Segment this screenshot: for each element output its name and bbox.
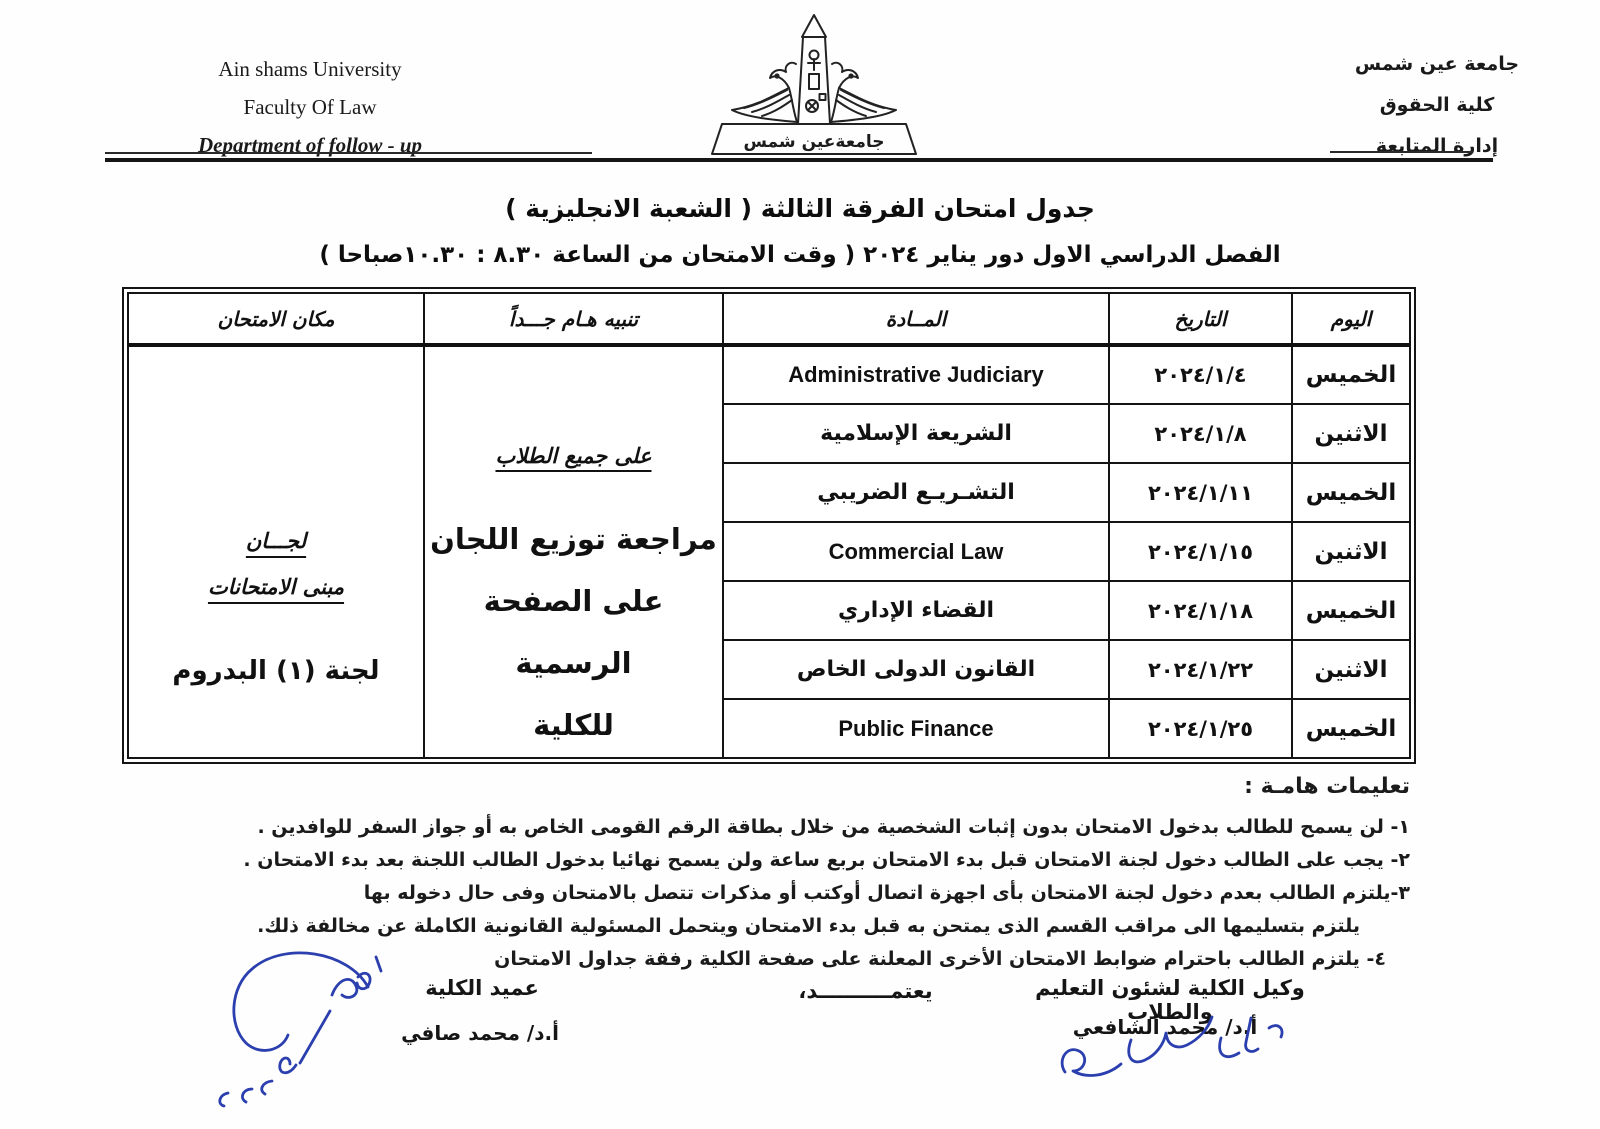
day-cell: الخميس — [1292, 345, 1410, 404]
instruction-item-2: ٢- يجب على الطالب دخول لجنة الامتحان قبل… — [150, 844, 1410, 877]
day-cell: الاثنين — [1292, 640, 1410, 699]
location-line3: لجنة (١) البدروم — [133, 656, 419, 686]
university-name-en: Ain shams University — [170, 50, 450, 88]
date-cell: ٢٠٢٤/١/٨ — [1109, 404, 1292, 463]
instruction-item-1: ١- لن يسمح للطالب بدخول الامتحان بدون إث… — [150, 811, 1410, 844]
subject-cell: Public Finance — [723, 699, 1109, 758]
col-header-notice: تنبيه هـام جـــداً — [424, 293, 723, 345]
header-english-block: Ain shams University Faculty Of Law Depa… — [170, 50, 450, 164]
date-cell: ٢٠٢٤/١/١٥ — [1109, 522, 1292, 581]
logo-caption: جامعةعين شمس — [744, 132, 885, 152]
subject-cell: Commercial Law — [723, 522, 1109, 581]
notice-body-line2: على الصفحة الرسمية — [429, 570, 718, 694]
day-cell: الخميس — [1292, 699, 1410, 758]
notice-merged-cell: على جميع الطلاب مراجعة توزيع اللجان على … — [424, 345, 723, 758]
notice-body-line3: للكلية — [429, 694, 718, 756]
location-merged-cell: لجـــان مبنى الامتحانات لجنة (١) البدروم — [128, 345, 424, 758]
subject-cell: القانون الدولى الخاص — [723, 640, 1109, 699]
subject-cell: التشـريـع الضريبي — [723, 463, 1109, 522]
subject-cell: Administrative Judiciary — [723, 345, 1109, 404]
header-arabic-block: جامعة عين شمس كلية الحقوق إدارة المتابعة — [1352, 44, 1522, 167]
date-cell: ٢٠٢٤/١/٤ — [1109, 345, 1292, 404]
underline-arabic-department — [1330, 151, 1473, 153]
location-line1: لجـــان — [133, 518, 419, 564]
obelisk-pyramidion — [802, 15, 826, 37]
date-cell: ٢٠٢٤/١/١٨ — [1109, 581, 1292, 640]
exam-schedule-table: اليوم التاريخ المــادة تنبيه هـام جـــدا… — [122, 287, 1416, 764]
university-name-ar: جامعة عين شمس — [1352, 44, 1522, 85]
table-header-row: اليوم التاريخ المــادة تنبيه هـام جـــدا… — [128, 293, 1410, 345]
instruction-item-3: ٣-يلتزم الطالب بعدم دخول لجنة الامتحان ب… — [150, 877, 1410, 910]
day-cell: الاثنين — [1292, 404, 1410, 463]
dean-signature-scribble — [180, 935, 430, 1110]
col-header-date: التاريخ — [1109, 293, 1292, 345]
page-subtitle: الفصل الدراسي الاول دور يناير ٢٠٢٤ ( وقت… — [0, 242, 1600, 268]
col-header-day: اليوم — [1292, 293, 1410, 345]
table-row: الخميس ٢٠٢٤/١/٤ Administrative Judiciary… — [128, 345, 1410, 404]
date-cell: ٢٠٢٤/١/٢٥ — [1109, 699, 1292, 758]
day-cell: الخميس — [1292, 581, 1410, 640]
col-header-subject: المــادة — [723, 293, 1109, 345]
university-logo: جامعةعين شمس — [688, 10, 940, 162]
falcon-left-icon — [732, 63, 797, 122]
date-cell: ٢٠٢٤/١/٢٢ — [1109, 640, 1292, 699]
col-header-location: مكان الامتحان — [128, 293, 424, 345]
notice-body-line1: مراجعة توزيع اللجان — [429, 508, 718, 570]
notice-heading: على جميع الطلاب — [429, 444, 718, 468]
underline-department — [105, 152, 592, 154]
scanned-exam-schedule-page: Ain shams University Faculty Of Law Depa… — [0, 0, 1600, 1129]
vice-dean-signature-scribble — [1045, 1010, 1305, 1105]
instructions-heading: تعليمات هامـة : — [150, 774, 1410, 799]
location-line2: مبنى الامتحانات — [133, 564, 419, 610]
approval-word: يعتمــــــــــد، — [768, 979, 963, 1003]
faculty-name-en: Faculty Of Law — [170, 88, 450, 126]
page-title: جدول امتحان الفرقة الثالثة ( الشعبة الان… — [0, 194, 1600, 223]
day-cell: الخميس — [1292, 463, 1410, 522]
date-cell: ٢٠٢٤/١/١١ — [1109, 463, 1292, 522]
subject-cell: الشريعة الإسلامية — [723, 404, 1109, 463]
table-double-border: اليوم التاريخ المــادة تنبيه هـام جـــدا… — [122, 287, 1416, 764]
day-cell: الاثنين — [1292, 522, 1410, 581]
subject-cell: القضاء الإداري — [723, 581, 1109, 640]
falcon-right-icon — [831, 63, 896, 122]
header-divider-rule — [105, 158, 1493, 162]
faculty-name-ar: كلية الحقوق — [1352, 85, 1522, 126]
